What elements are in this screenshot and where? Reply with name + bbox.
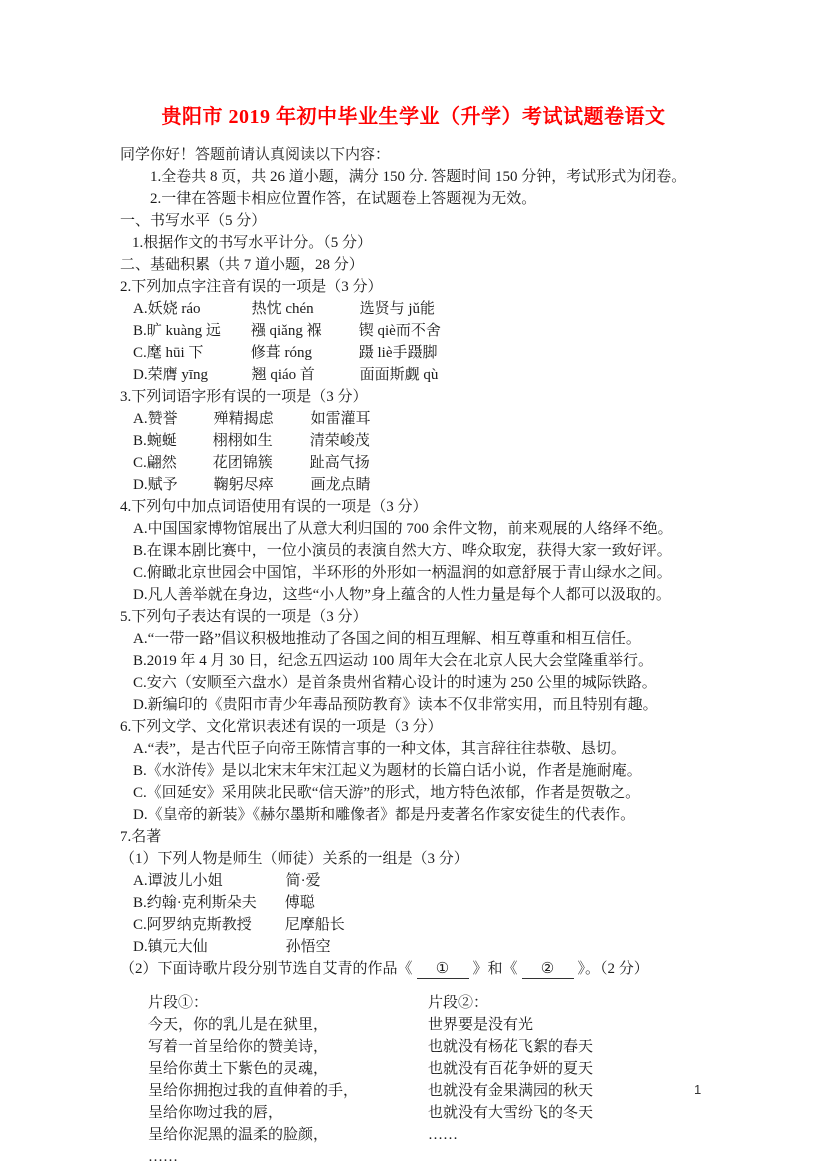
page-number: 1 xyxy=(694,1082,701,1097)
q5-option-b: B.2019 年 4 月 30 日，纪念五四运动 100 周年大会在北京人民大会… xyxy=(133,650,727,672)
q7-part2-stem: （2）下面诗歌片段分别节选自艾青的作品《①》和《②》。（2 分） xyxy=(120,958,727,980)
q2-option-a-label: A. xyxy=(133,298,148,320)
q7-pair-c-right: 尼摩船长 xyxy=(285,914,345,936)
question-6-stem: 6.下列文学、文化常识表述有误的一项是（3 分） xyxy=(120,716,727,738)
q5-option-d: D.新编印的《贵阳市青少年毒品预防教育》读本不仅非常实用，而且特别有趣。 xyxy=(133,694,727,716)
q6-option-c: C.《回延安》采用陕北民歌“信天游”的形式，地方特色浓郁，作者是贺敬之。 xyxy=(133,782,727,804)
poem2-line: 也就没有金果满园的秋天 xyxy=(428,1080,593,1102)
intro-note-2: 2.一律在答题卡相应位置作答，在试题卷上答题视为无效。 xyxy=(150,188,727,210)
poem1-line: 呈给你黄土下紫色的灵魂， xyxy=(148,1058,428,1080)
q3-option-d: D.赋予鞠躬尽瘁画龙点睛 xyxy=(133,474,727,496)
poem1-line: 呈给你拥抱过我的直伸着的手， xyxy=(148,1080,428,1102)
q7-pair-b-label: B. xyxy=(133,892,147,914)
q7-pair-b: B.约翰·克利斯朵夫傅聪 xyxy=(133,892,727,914)
q2-option-d: D.荣膺 yīng翘 qiáo 首面面斯觑 qù xyxy=(133,364,727,386)
poem1-line: 今天，你的乳儿是在狱里， xyxy=(148,1014,428,1036)
q7-pair-a: A.谭波儿小姐简·爱 xyxy=(133,870,727,892)
q2-option-d-label: D. xyxy=(133,364,148,386)
section2-heading: 二、基础积累（共 7 道小题，28 分） xyxy=(120,254,727,276)
q2-option-c-item3: 蹑 liè手蹑脚 xyxy=(359,342,438,364)
q2-option-c: C.麾 hūi 下修葺 róng蹑 liè手蹑脚 xyxy=(133,342,727,364)
poem2-heading: 片段②： xyxy=(428,992,593,1014)
q7-part2-middle: 》和《 xyxy=(473,961,518,977)
poem2-line: 也就没有百花争妍的夏天 xyxy=(428,1058,593,1080)
intro-note-1: 1.全卷共 8 页，共 26 道小题，满分 150 分. 答题时间 150 分钟… xyxy=(150,166,727,188)
q7-blank-2: ② xyxy=(522,960,574,979)
q2-option-a: A.妖娆 ráo热忱 chén选贤与 jǔ能 xyxy=(133,298,727,320)
q3-option-a: A.赞誉殚精揭虑如雷灌耳 xyxy=(133,408,727,430)
q2-option-b: B.旷 kuàng 远襁 qiǎng 褓锲 qiè而不舍 xyxy=(133,320,727,342)
q4-option-c: C.俯瞰北京世园会中国馆，半环形的外形如一柄温润的如意舒展于青山绿水之间。 xyxy=(133,562,727,584)
q7-pair-c-label: C. xyxy=(133,914,147,936)
page-title: 贵阳市 2019 年初中毕业生学业（升学）考试试题卷语文 xyxy=(0,0,827,130)
question-1: 1.根据作文的书写水平计分。（5 分） xyxy=(132,232,727,254)
poem-fragment-1: 片段①： 今天，你的乳儿是在狱里， 写着一首呈给你的赞美诗， 呈给你黄土下紫色的… xyxy=(148,992,428,1168)
q4-option-b: B.在课本剧比赛中，一位小演员的表演自然大方、哗众取宠，获得大家一致好评。 xyxy=(133,540,727,562)
q2-option-b-label: B. xyxy=(133,320,147,342)
q2-option-d-item3: 面面斯觑 qù xyxy=(360,364,439,386)
q3-option-a-item3: 如雷灌耳 xyxy=(311,408,371,430)
q7-pair-c-left: 阿罗纳克斯教授 xyxy=(147,914,285,936)
q3-option-a-item1: 赞誉 xyxy=(148,408,214,430)
question-5-stem: 5.下列句子表达有误的一项是（3 分） xyxy=(120,606,727,628)
q3-option-b: B.蜿蜒栩栩如生清荣峻茂 xyxy=(133,430,727,452)
poem1-heading: 片段①： xyxy=(148,992,428,1014)
q4-option-d: D.凡人善举就在身边，这些“小人物”身上蕴含的人性力量是每个人都可以汲取的。 xyxy=(133,584,727,606)
poem1-line: …… xyxy=(148,1146,428,1168)
q6-option-d: D.《皇帝的新装》《赫尔墨斯和雕像者》都是丹麦著名作家安徒生的代表作。 xyxy=(133,804,727,826)
intro-greeting: 同学你好！答题前请认真阅读以下内容： xyxy=(120,144,727,166)
q7-pair-d: D.镇元大仙孙悟空 xyxy=(133,936,727,958)
q2-option-d-item1: 荣膺 yīng xyxy=(148,364,252,386)
q7-pair-d-left: 镇元大仙 xyxy=(148,936,286,958)
poem1-line: 写着一首呈给你的赞美诗， xyxy=(148,1036,428,1058)
q7-part2-suffix: 》。（2 分） xyxy=(578,961,649,977)
q5-option-c: C.安六（安顺至六盘水）是首条贵州省精心设计的时速为 250 公里的城际铁路。 xyxy=(133,672,727,694)
q2-option-b-item1: 旷 kuàng 远 xyxy=(147,320,251,342)
q2-option-a-item2: 热忱 chén xyxy=(252,298,360,320)
poem-fragment-2: 片段②： 世界要是没有光 也就没有杨花飞絮的春天 也就没有百花争妍的夏天 也就没… xyxy=(428,992,593,1168)
q7-blank-1: ① xyxy=(417,960,469,979)
poem1-line: 呈给你泥黑的温柔的脸颜， xyxy=(148,1124,428,1146)
q2-option-b-item2: 襁 qiǎng 褓 xyxy=(251,320,359,342)
q2-option-b-item3: 锲 qiè而不舍 xyxy=(359,320,441,342)
q3-option-b-item2: 栩栩如生 xyxy=(213,430,310,452)
question-7-heading: 7.名著 xyxy=(120,826,727,848)
poem2-line: …… xyxy=(428,1124,593,1146)
poem2-line: 也就没有杨花飞絮的春天 xyxy=(428,1036,593,1058)
q7-pair-b-left: 约翰·克利斯朵夫 xyxy=(147,892,285,914)
q7-pair-c: C.阿罗纳克斯教授尼摩船长 xyxy=(133,914,727,936)
q7-pair-a-left: 谭波儿小姐 xyxy=(148,870,286,892)
section1-heading: 一、书写水平（5 分） xyxy=(120,210,727,232)
q2-option-a-item1: 妖娆 ráo xyxy=(148,298,252,320)
q7-part1-stem: （1）下列人物是师生（师徒）关系的一组是（3 分） xyxy=(120,848,727,870)
q7-pair-b-right: 傅聪 xyxy=(285,892,315,914)
q3-option-a-label: A. xyxy=(133,408,148,430)
q6-option-b: B.《水浒传》是以北宋末年宋江起义为题材的长篇白话小说，作者是施耐庵。 xyxy=(133,760,727,782)
q7-pair-a-label: A. xyxy=(133,870,148,892)
question-3-stem: 3.下列词语字形有误的一项是（3 分） xyxy=(120,386,727,408)
q5-option-a: A.“一带一路”倡议积极地推动了各国之间的相互理解、相互尊重和相互信任。 xyxy=(133,628,727,650)
q3-option-a-item2: 殚精揭虑 xyxy=(214,408,311,430)
q3-option-c: C.翩然花团锦簇趾高气扬 xyxy=(133,452,727,474)
q3-option-d-item1: 赋予 xyxy=(148,474,214,496)
q7-part2-prefix: （2）下面诗歌片段分别节选自艾青的作品《 xyxy=(120,961,413,977)
q2-option-d-item2: 翘 qiáo 首 xyxy=(252,364,360,386)
q3-option-b-label: B. xyxy=(133,430,147,452)
q3-option-d-item3: 画龙点睛 xyxy=(311,474,371,496)
q3-option-c-item2: 花团锦簇 xyxy=(213,452,310,474)
q4-option-a: A.中国国家博物馆展出了从意大利归国的 700 余件文物，前来观展的人络绎不绝。 xyxy=(133,518,727,540)
q3-option-b-item3: 清荣峻茂 xyxy=(310,430,370,452)
q2-option-c-item2: 修葺 róng xyxy=(251,342,359,364)
exam-content: 同学你好！答题前请认真阅读以下内容： 1.全卷共 8 页，共 26 道小题，满分… xyxy=(0,144,827,1168)
q7-pair-a-right: 简·爱 xyxy=(286,870,321,892)
q6-option-a: A.“表”，是古代臣子向帝王陈情言事的一种文体，其言辞往往恭敬、恳切。 xyxy=(133,738,727,760)
question-2-stem: 2.下列加点字注音有误的一项是（3 分） xyxy=(120,276,727,298)
q3-option-c-item3: 趾高气扬 xyxy=(310,452,370,474)
q7-pair-d-label: D. xyxy=(133,936,148,958)
q2-option-c-label: C. xyxy=(133,342,147,364)
exam-paper-page: 贵阳市 2019 年初中毕业生学业（升学）考试试题卷语文 同学你好！答题前请认真… xyxy=(0,0,827,1169)
q3-option-d-item2: 鞠躬尽瘁 xyxy=(214,474,311,496)
poem2-line: 也就没有大雪纷飞的冬天 xyxy=(428,1102,593,1124)
poem2-line: 世界要是没有光 xyxy=(428,1014,593,1036)
q3-option-c-label: C. xyxy=(133,452,147,474)
poem-fragments: 片段①： 今天，你的乳儿是在狱里， 写着一首呈给你的赞美诗， 呈给你黄土下紫色的… xyxy=(120,992,727,1168)
q3-option-d-label: D. xyxy=(133,474,148,496)
q3-option-b-item1: 蜿蜒 xyxy=(147,430,213,452)
question-4-stem: 4.下列句中加点词语使用有误的一项是（3 分） xyxy=(120,496,727,518)
q2-option-a-item3: 选贤与 jǔ能 xyxy=(360,298,435,320)
poem1-line: 呈给你吻过我的唇， xyxy=(148,1102,428,1124)
q7-pair-d-right: 孙悟空 xyxy=(286,936,331,958)
q2-option-c-item1: 麾 hūi 下 xyxy=(147,342,251,364)
q3-option-c-item1: 翩然 xyxy=(147,452,213,474)
